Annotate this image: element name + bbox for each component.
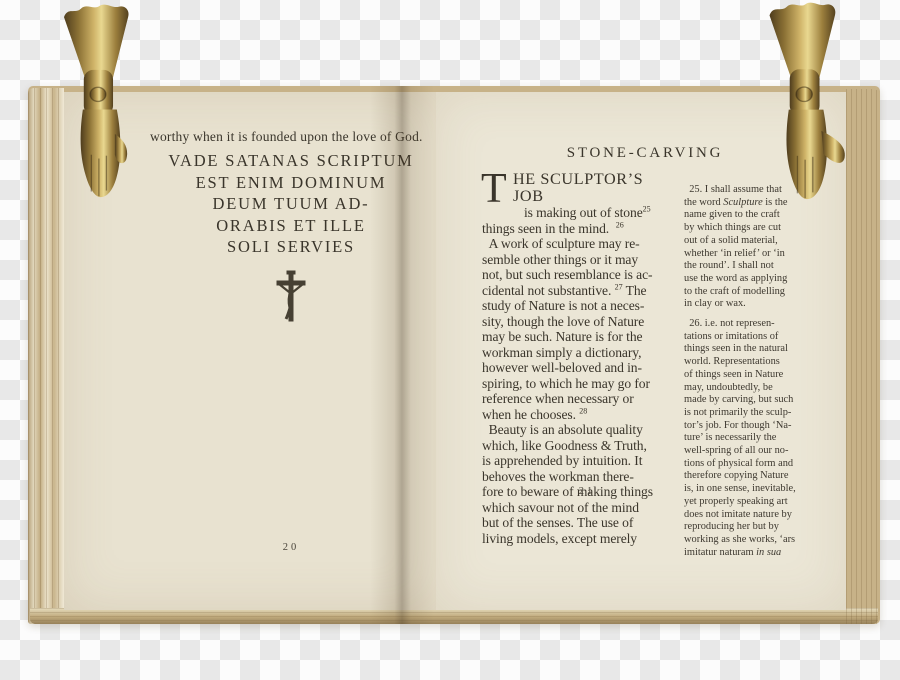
main-text-column: T HE SCULPTOR’S JOB is making out of sto… [482, 171, 674, 559]
page-spread: worthy when it is founded upon the love … [64, 92, 846, 610]
open-book: worthy when it is founded upon the love … [28, 86, 880, 624]
dropcap-letter: T [481, 173, 507, 206]
two-column-layout: T HE SCULPTOR’S JOB is making out of sto… [482, 171, 808, 559]
brass-hand-clip-right-icon [756, 0, 860, 202]
crucifix-woodcut-icon [150, 270, 432, 335]
footnote-26: 26. i.e. not represen-tations or imitati… [684, 318, 808, 559]
latin-verse-block: VADE SATANAS SCRIPTUMEST ENIM DOMINUMDEU… [150, 150, 432, 258]
right-page-text-block: STONE-CARVING T HE SCULPTOR’S JOB is mak… [482, 144, 808, 559]
opening-lines: is making out of stone25things seen in t… [482, 205, 674, 236]
brass-hand-clip-left-icon [54, 2, 140, 200]
left-page-text-block: worthy when it is founded upon the love … [150, 128, 432, 335]
footnote-25: 25. I shall assume thatthe word Sculptur… [684, 184, 808, 311]
right-page-number: 21 [532, 486, 642, 497]
paragraph-1: A work of sculpture may re-semble other … [482, 236, 674, 422]
left-page-running-text: worthy when it is founded upon the love … [150, 128, 432, 145]
left-page-number: 20 [150, 542, 432, 553]
marginal-notes-column: 25. I shall assume thatthe word Sculptur… [684, 171, 808, 559]
paragraph-2: Beauty is an absolute qualitywhich, like… [482, 422, 674, 546]
book-bottom-page-edges [30, 608, 878, 624]
opening-line: HE SCULPTOR’S JOB [482, 171, 674, 205]
